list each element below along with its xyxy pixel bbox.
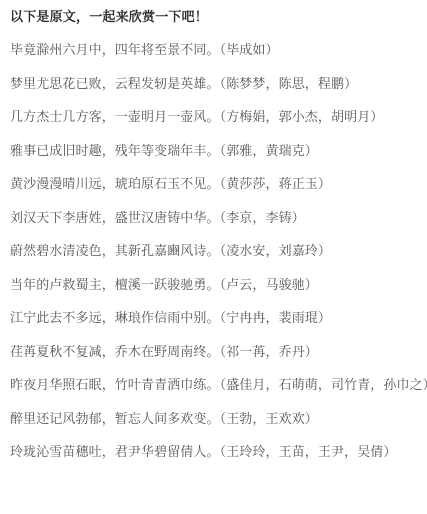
author-names: （凌水安，刘嘉玲） — [220, 244, 331, 259]
poem-line: 醉里还记风勃郁，暂忘人间多欢变。（王勃，王欢欢） — [10, 410, 427, 444]
verse-text: 几方杰士几方客，一壶明月一壶风。 — [10, 110, 220, 125]
poem-list: 毕竟滁州六月中，四年将至景不同。（毕成如） 梦里尤思花已败，云程发轫是英雄。（陈… — [10, 41, 427, 477]
poem-line: 毕竟滁州六月中，四年将至景不同。（毕成如） — [10, 41, 427, 75]
poem-line: 几方杰士几方客，一壶明月一壶风。（方梅娟，郭小杰，胡明月） — [10, 108, 427, 142]
author-names: （郭雅，黄瑞克） — [220, 144, 318, 159]
author-names: （祁一苒，乔丹） — [220, 345, 318, 360]
verse-text: 昨夜月华照石眠，竹叶青青洒巾练。 — [10, 378, 220, 393]
verse-text: 黄沙漫漫晴川远，琥珀原石玉不见。 — [10, 177, 220, 192]
poem-line: 刘汉天下李唐姓，盛世汉唐铸中华。（李京，李铸） — [10, 209, 427, 243]
author-names: （宁冉冉，裴雨琨） — [220, 311, 331, 326]
poem-line: 当年的卢救蜀主，檀溪一跃骏驰勇。（卢云，马骏驰） — [10, 276, 427, 310]
poem-line: 雅事已成旧时趣，残年等变瑞年丰。（郭雅，黄瑞克） — [10, 142, 427, 176]
verse-text: 毕竟滁州六月中，四年将至景不同。 — [10, 43, 220, 58]
poem-line: 昨夜月华照石眠，竹叶青青洒巾练。（盛佳月，石萌萌，司竹青，孙巾之） — [10, 376, 427, 410]
verse-text: 江宁此去不多远，琳琅作信雨中别。 — [10, 311, 220, 326]
poem-line: 蔚然碧水清凌色，其新孔嘉豳风诗。（凌水安，刘嘉玲） — [10, 242, 427, 276]
poem-line: 黄沙漫漫晴川远，琥珀原石玉不见。（黄莎莎，蒋正玉） — [10, 175, 427, 209]
poem-line: 梦里尤思花已败，云程发轫是英雄。（陈梦梦，陈思，程鹏） — [10, 75, 427, 109]
verse-text: 梦里尤思花已败，云程发轫是英雄。 — [10, 77, 220, 92]
author-names: （黄莎莎，蒋正玉） — [220, 177, 331, 192]
poem-line: 江宁此去不多远，琳琅作信雨中别。（宁冉冉，裴雨琨） — [10, 309, 427, 343]
verse-text: 雅事已成旧时趣，残年等变瑞年丰。 — [10, 144, 220, 159]
verse-text: 当年的卢救蜀主，檀溪一跃骏驰勇。 — [10, 278, 220, 293]
verse-text: 刘汉天下李唐姓，盛世汉唐铸中华。 — [10, 211, 220, 226]
poem-line: 荏苒夏秋不复减，乔木在野周南终。（祁一苒，乔丹） — [10, 343, 427, 377]
author-names: （陈梦梦，陈思，程鹏） — [220, 77, 358, 92]
verse-text: 醉里还记风勃郁，暂忘人间多欢变。 — [10, 412, 220, 427]
author-names: （李京，李铸） — [220, 211, 305, 226]
author-names: （盛佳月，石萌萌，司竹青，孙巾之） — [220, 378, 427, 393]
verse-text: 蔚然碧水清凌色，其新孔嘉豳风诗。 — [10, 244, 220, 259]
author-names: （毕成如） — [220, 43, 279, 58]
author-names: （卢云，马骏驰） — [220, 278, 318, 293]
verse-text: 荏苒夏秋不复减，乔木在野周南终。 — [10, 345, 220, 360]
intro-heading: 以下是原文，一起来欣赏一下吧！ — [10, 8, 208, 28]
author-names: （方梅娟，郭小杰，胡明月） — [220, 110, 384, 125]
author-names: （王勃，王欢欢） — [220, 412, 318, 427]
poem-line: 玲珑沁雪苗穗吐，君尹华碧留倩人。（王玲玲，王苗，王尹，吴倩） — [10, 443, 427, 477]
author-names: （王玲玲，王苗，王尹，吴倩） — [220, 445, 397, 460]
verse-text: 玲珑沁雪苗穗吐，君尹华碧留倩人。 — [10, 445, 220, 460]
